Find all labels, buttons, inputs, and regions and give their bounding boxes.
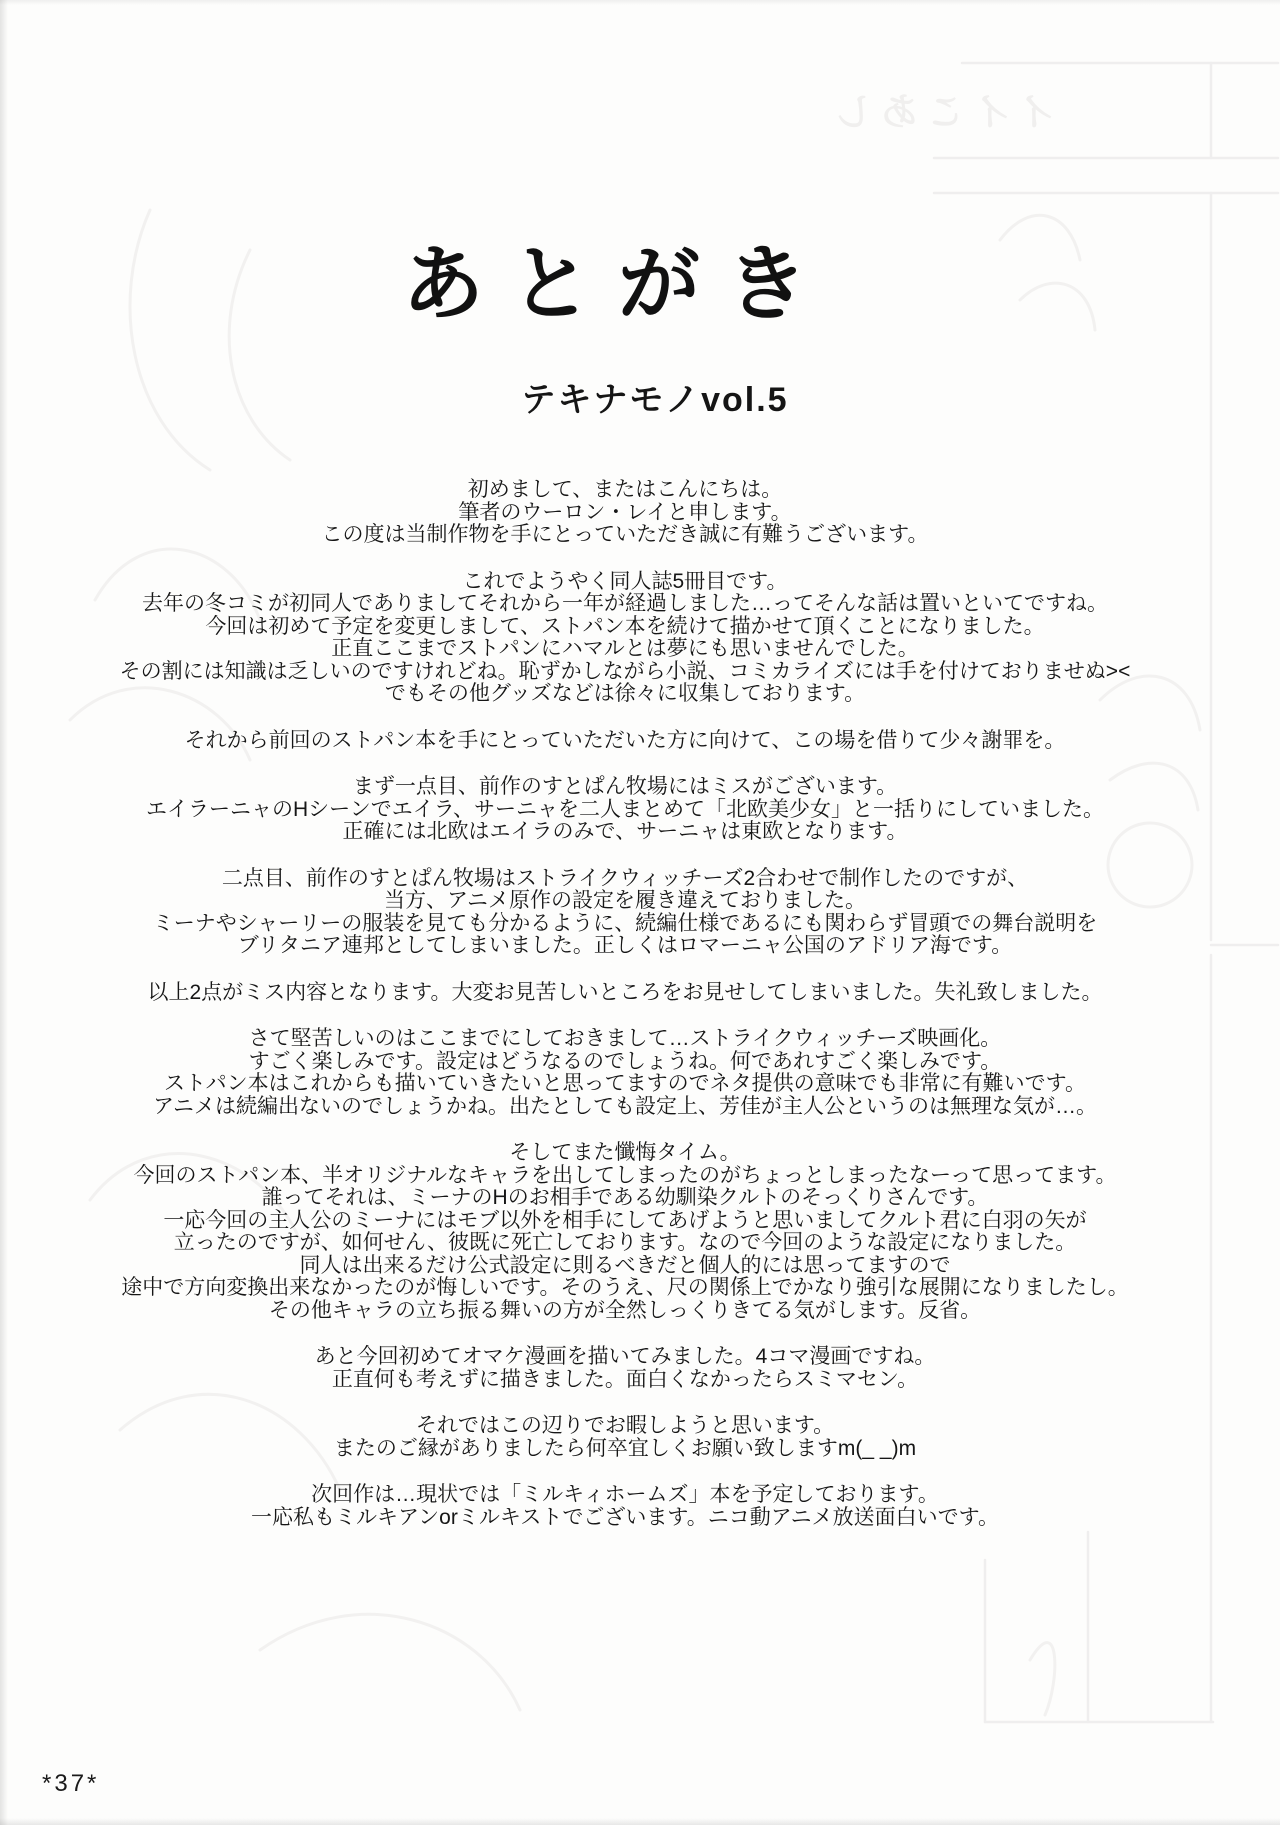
paragraph: 二点目、前作のすとぱん牧場はストライクウィッチーズ2合わせで制作したのですが、当… <box>0 868 1250 958</box>
text-line: これでようやく同人誌5冊目です。 <box>0 571 1250 594</box>
text-line: 当方、アニメ原作の設定を履き違えておりました。 <box>0 890 1250 913</box>
page-number: *37* <box>42 1770 99 1798</box>
text-line: 誰ってそれは、ミーナのHのお相手である幼馴染クルトのそっくりさんです。 <box>0 1187 1250 1210</box>
text-line: 二点目、前作のすとぱん牧場はストライクウィッチーズ2合わせで制作したのですが、 <box>0 868 1250 891</box>
text-line: それではこの辺りでお暇しようと思います。 <box>0 1415 1250 1438</box>
paragraph: 初めまして、またはこんにちは。筆者のウーロン・レイと申します。この度は当制作物を… <box>0 479 1250 547</box>
text-line: ミーナやシャーリーの服装を見ても分かるように、続編仕様であるにも関わらず冒頭での… <box>0 913 1250 936</box>
text-line: アニメは続編出ないのでしょうかね。出たとしても設定上、芳佳が主人公というのは無理… <box>0 1096 1250 1119</box>
paragraph: 次回作は…現状では「ミルキィホームズ」本を予定しております。一応私もミルキアンo… <box>0 1484 1250 1529</box>
text-line: すごく楽しみです。設定はどうなるのでしょうね。何であれすごく楽しみです。 <box>0 1051 1250 1074</box>
text-line: この度は当制作物を手にとっていただき誠に有難うございます。 <box>0 524 1250 547</box>
afterword-title: あとがき <box>0 238 1210 332</box>
text-line: 同人は出来るだけ公式設定に則るべきだと個人的には思ってますので <box>0 1255 1250 1278</box>
text-line: 筆者のウーロン・レイと申します。 <box>0 502 1250 525</box>
afterword-subtitle: テキナモノvol.5 <box>0 372 1280 421</box>
text-line: その他キャラの立ち振る舞いの方が全然しっくりきてる気がします。反省。 <box>0 1300 1250 1323</box>
text-line: 一応私もミルキアンorミルキストでございます。ニコ動アニメ放送面白いです。 <box>0 1507 1250 1530</box>
text-line: 途中で方向変換出来なかったのが悔しいです。そのうえ、尺の関係上でかなり強引な展開… <box>0 1277 1250 1300</box>
paragraph: まず一点目、前作のすとぱん牧場にはミスがございます。エイラーニャのHシーンでエイ… <box>0 776 1250 844</box>
text-line: さて堅苦しいのはここまでにしておきまして…ストライクウィッチーズ映画化。 <box>0 1028 1250 1051</box>
text-line: 次回作は…現状では「ミルキィホームズ」本を予定しております。 <box>0 1484 1250 1507</box>
scanned-afterword-page: イイこあし あとがき テキナモノvol.5 初めまして、またはこんにちは。筆者の… <box>0 0 1280 1825</box>
bleed-through-ghost-text: イイこあし <box>827 92 1055 134</box>
afterword-body: 初めまして、またはこんにちは。筆者のウーロン・レイと申します。この度は当制作物を… <box>0 479 1250 1553</box>
text-line: その割には知識は乏しいのですけれどね。恥ずかしながら小説、コミカライズには手を付… <box>0 661 1250 684</box>
text-line: エイラーニャのHシーンでエイラ、サーニャを二人まとめて「北欧美少女」と一括りにし… <box>0 799 1250 822</box>
paragraph: あと今回初めてオマケ漫画を描いてみました。4コマ漫画ですね。正直何も考えずに描き… <box>0 1346 1250 1391</box>
text-line: 一応今回の主人公のミーナにはモブ以外を相手にしてあげようと思いましてクルト君に白… <box>0 1210 1250 1233</box>
paragraph: これでようやく同人誌5冊目です。去年の冬コミが初同人でありましてそれから一年が経… <box>0 571 1250 706</box>
text-line: またのご縁がありましたら何卒宜しくお願い致しますm(_ _)m <box>0 1438 1250 1461</box>
text-line: 正直ここまでストパンにハマルとは夢にも思いませんでした。 <box>0 638 1250 661</box>
text-line: あと今回初めてオマケ漫画を描いてみました。4コマ漫画ですね。 <box>0 1346 1250 1369</box>
scan-edge-bottom <box>0 1818 1280 1825</box>
paragraph: それから前回のストパン本を手にとっていただいた方に向けて、この場を借りて少々謝罪… <box>0 730 1250 753</box>
text-line: 今回は初めて予定を変更しまして、ストパン本を続けて描かせて頂くことになりました。 <box>0 616 1250 639</box>
text-line: 初めまして、またはこんにちは。 <box>0 479 1250 502</box>
text-line: でもその他グッズなどは徐々に収集しております。 <box>0 683 1250 706</box>
text-line: 以上2点がミス内容となります。大変お見苦しいところをお見せしてしまいました。失礼… <box>0 982 1250 1005</box>
paragraph: それではこの辺りでお暇しようと思います。またのご縁がありましたら何卒宜しくお願い… <box>0 1415 1250 1460</box>
text-line: それから前回のストパン本を手にとっていただいた方に向けて、この場を借りて少々謝罪… <box>0 730 1250 753</box>
text-line: 今回のストパン本、半オリジナルなキャラを出してしまったのがちょっとしまったなーっ… <box>0 1165 1250 1188</box>
text-line: 正確には北欧はエイラのみで、サーニャは東欧となります。 <box>0 821 1250 844</box>
text-line: 正直何も考えずに描きました。面白くなかったらスミマセン。 <box>0 1369 1250 1392</box>
text-line: そしてまた懺悔タイム。 <box>0 1142 1250 1165</box>
text-line: ストパン本はこれからも描いていきたいと思ってますのでネタ提供の意味でも非常に有難… <box>0 1073 1250 1096</box>
text-line: ブリタニア連邦としてしまいました。正しくはロマーニャ公国のアドリア海です。 <box>0 935 1250 958</box>
text-line: 立ったのですが、如何せん、彼既に死亡しております。なので今回のような設定になりま… <box>0 1232 1250 1255</box>
paragraph: 以上2点がミス内容となります。大変お見苦しいところをお見せしてしまいました。失礼… <box>0 982 1250 1005</box>
text-line: まず一点目、前作のすとぱん牧場にはミスがございます。 <box>0 776 1250 799</box>
text-line: 去年の冬コミが初同人でありましてそれから一年が経過しました…ってそんな話は置いと… <box>0 593 1250 616</box>
paragraph: そしてまた懺悔タイム。今回のストパン本、半オリジナルなキャラを出してしまったのが… <box>0 1142 1250 1322</box>
ghost-text-group: イイこあし <box>827 92 1055 134</box>
paragraph: さて堅苦しいのはここまでにしておきまして…ストライクウィッチーズ映画化。すごく楽… <box>0 1028 1250 1118</box>
scan-edge-top <box>0 0 1280 5</box>
